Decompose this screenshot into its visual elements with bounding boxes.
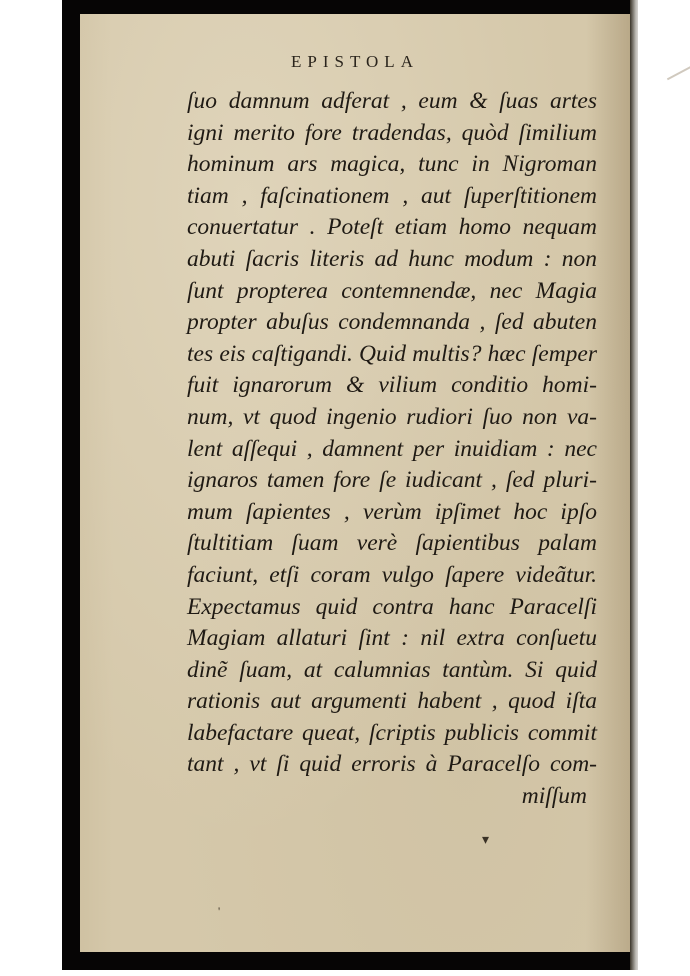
text-line: dinẽ ſuam, at calumnias tantùm. Si quid: [187, 655, 597, 687]
text-line: tant , vt ſi quid erroris à Paracelſo co…: [187, 749, 597, 781]
text-line: mum ſapientes , verùm ipſimet hoc ipſo: [187, 497, 597, 529]
text-line: ſtultitiam ſuam verè ſapientibus palam: [187, 528, 597, 560]
paper-crease: [667, 60, 690, 81]
page-body-text: ſuo damnum adferat , eum & ſuas artes ig…: [187, 86, 597, 813]
text-line: lent aſſequi , damnent per inuidiam : ne…: [187, 434, 597, 466]
text-line: Magiam allaturi ſint : nil extra conſuet…: [187, 623, 597, 655]
text-line: ſuo damnum adferat , eum & ſuas artes: [187, 86, 597, 118]
text-line: fuit ignarorum & vilium conditio homi-: [187, 370, 597, 402]
catchword: miſſum: [187, 781, 597, 813]
text-line: num, vt quod ingenio rudiori ſuo non va-: [187, 402, 597, 434]
ink-speck: ': [218, 904, 220, 919]
text-line: tes eis caſtigandi. Quid multis? hæc ſem…: [187, 339, 597, 371]
ink-speck: ▾: [482, 832, 489, 849]
text-line: hominum ars magica, tunc in Nigroman: [187, 149, 597, 181]
text-line: tiam , faſcinationem , aut ſuperſtitione…: [187, 181, 597, 213]
running-head: EPISTOLA: [80, 52, 550, 72]
text-line: Expectamus quid contra hanc Paracelſi: [187, 592, 597, 624]
book-edge: [630, 0, 638, 970]
text-line: igni merito fore tradendas, quòd ſimiliu…: [187, 118, 597, 150]
text-line: conuertatur . Poteſt etiam homo nequam: [187, 212, 597, 244]
text-line: rationis aut argumenti habent , quod iſt…: [187, 686, 597, 718]
text-line: ignaros tamen fore ſe iudicant , ſed plu…: [187, 465, 597, 497]
text-line: abuti ſacris literis ad hunc modum : non: [187, 244, 597, 276]
text-line: propter abuſus condemnanda , ſed abuten: [187, 307, 597, 339]
text-line: faciunt, etſi coram vulgo ſapere videãtu…: [187, 560, 597, 592]
text-line: ſunt propterea contemnendæ, nec Magia: [187, 276, 597, 308]
text-line: labefactare queat, ſcriptis publicis com…: [187, 718, 597, 750]
